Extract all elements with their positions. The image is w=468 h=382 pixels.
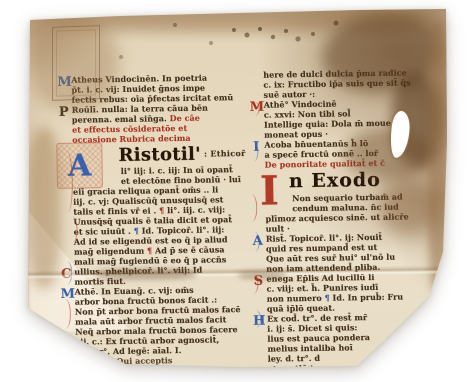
text-run: melius intaliba hoī: [267, 342, 352, 353]
text-run: et uestlō t.: [268, 363, 317, 374]
text-run: Ristotil': [118, 144, 201, 166]
parchment-shadow: A I MAtheus Vindocinēn. In poetriap̄t. i…: [0, 0, 468, 382]
text-run: : Ethicor̄: [201, 148, 246, 159]
text-column-left: MAtheus Vindocinēn. In poetriap̄t. i. c.…: [71, 72, 268, 367]
text-run: De cāe: [169, 113, 199, 123]
penwork-flourish: [64, 299, 71, 329]
text-line: HEx cod̄. tr°. de rest̄ mr̄: [267, 311, 459, 324]
photo-scene: A I MAtheus Vindocinēn. In poetriap̄t. i…: [0, 0, 468, 382]
manuscript-fragment: A I MAtheus Vindocinēn. In poetriap̄t. i…: [0, 0, 468, 382]
text-run: uult ·: [266, 223, 290, 233]
text-run: n Exodo: [289, 169, 381, 192]
initial-letter: P: [58, 108, 70, 118]
text-line: et uestlō t.: [268, 361, 460, 374]
text-line: lius est pauca pondera: [267, 331, 459, 344]
text-run: dit. C. v: Qui acceptis: [76, 355, 173, 367]
initial-letter: M: [57, 78, 69, 88]
text-line: Ristotil' : Ethicor̄: [72, 142, 264, 167]
text-line: non numero ¶ Id. In prub̄: Fru: [267, 291, 459, 304]
text-column-right: here de dulci dulcia p̄ma radicec. ix: F…: [263, 67, 460, 374]
text-line: n Exodo: [265, 167, 457, 194]
text-layer: A I MAtheus Vindocinēn. In poetriap̄t. i…: [0, 0, 468, 382]
text-line: ley. d. tr°. d: [268, 351, 460, 364]
ink-speckles: [0, 0, 2, 2]
text-run: Id. In prub̄: Fru: [330, 291, 404, 302]
text-line: dit. C. v: Qui acceptis: [76, 354, 268, 367]
